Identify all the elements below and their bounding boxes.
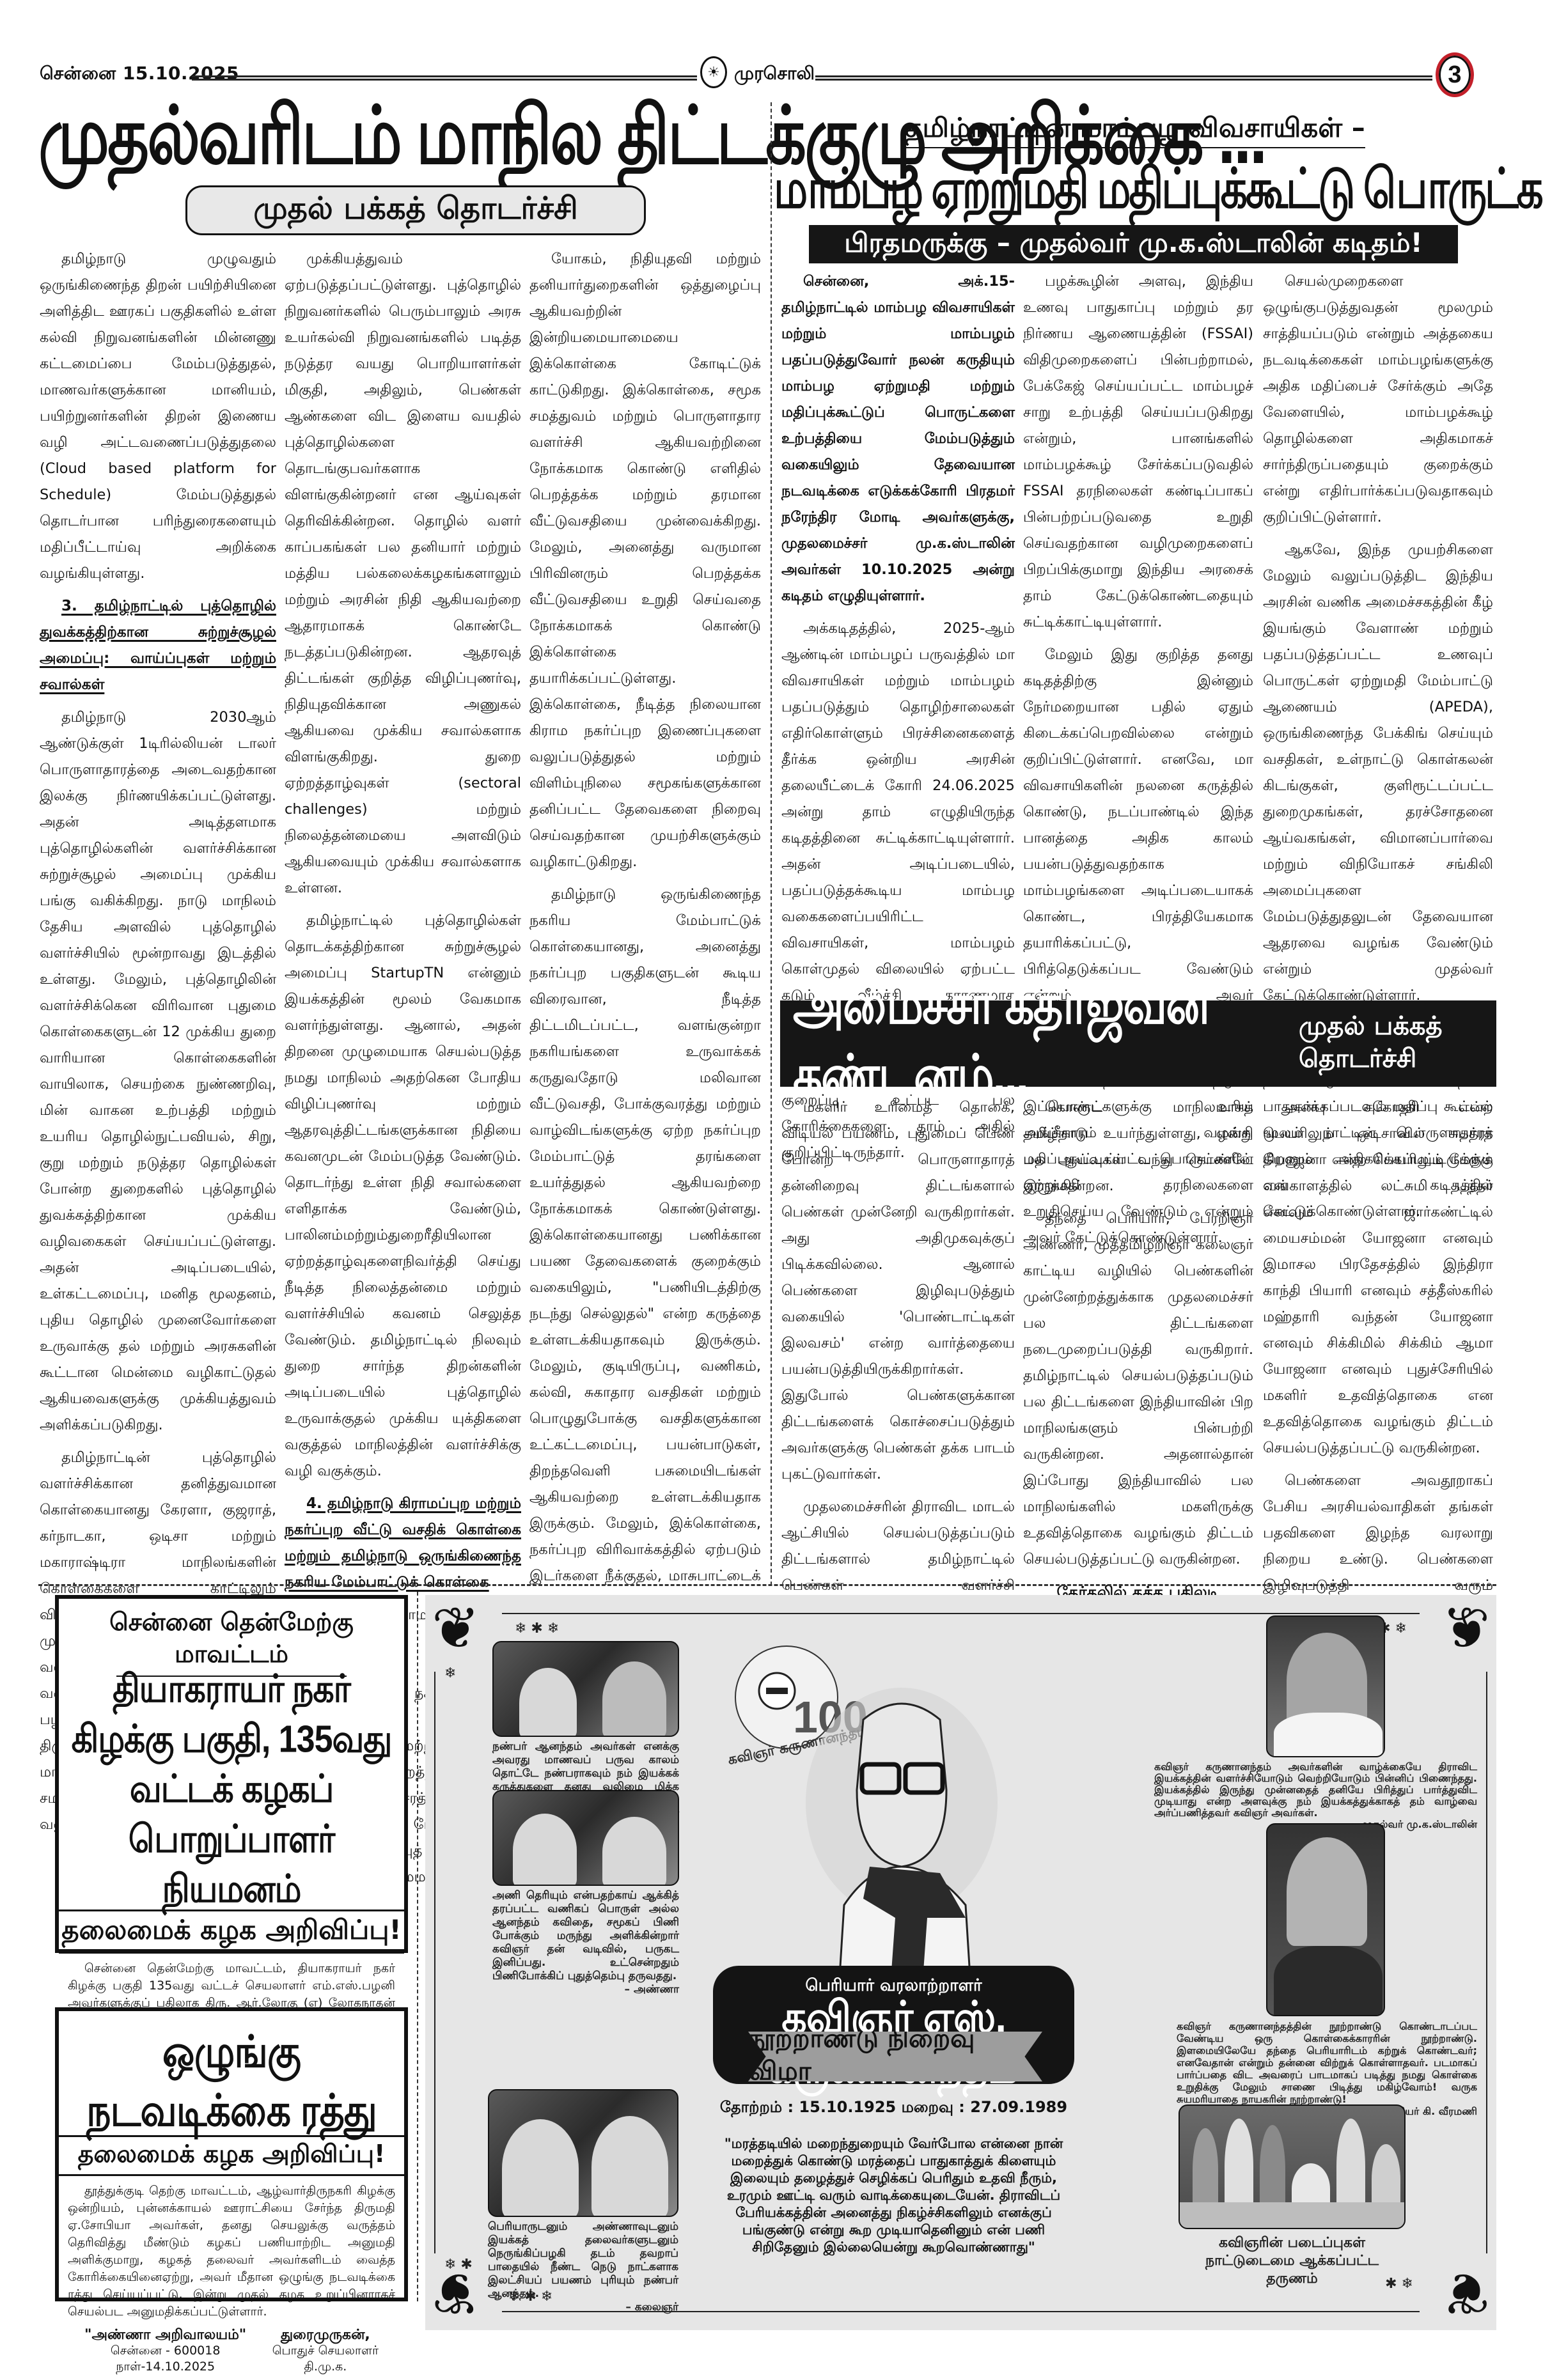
caption-author: – அண்ணா — [492, 1983, 679, 1996]
photo-with-periyar — [492, 1641, 679, 1737]
centenary-ribbon: நூற்றாண்டு நிறைவு விழா — [748, 2032, 1042, 2081]
ornament-border-top — [502, 1613, 1420, 1614]
section-heading: 3. தமிழ்நாட்டில் புத்தொழில் துவக்கத்திற்… — [40, 593, 276, 698]
section-heading: 4. தமிழ்நாடு கிராமப்புற மற்றும் நகர்ப்பு… — [285, 1491, 521, 1596]
snowflake-icon: ❄ ✱ — [444, 2257, 473, 2273]
party: தி.மு.க. — [272, 2359, 379, 2375]
paragraph: மகளிர் உரிமைத் தொகை, விடியல் பயணம், புது… — [781, 1094, 1015, 1488]
notice-signature: "அண்ணா அறிவாலயம்" சென்னை - 600018 நாள்-1… — [59, 2321, 404, 2375]
notice-body: தூத்துக்குடி தெற்கு மாவட்டம், ஆழ்வார்திர… — [59, 2176, 404, 2321]
section-divider — [38, 1584, 1496, 1586]
designation: பொதுச் செயலாளர் — [272, 2343, 379, 2359]
caption-text: கவிஞர் கருணானந்தத்தின் நூற்றாண்டு கொண்டா… — [1177, 2020, 1477, 2105]
life-dates: தோற்றம் : 15.10.1925 மறைவு : 27.09.1989 — [713, 2098, 1074, 2118]
notice-place-block: "அண்ணா அறிவாலயம்" சென்னை - 600018 நாள்-1… — [84, 2327, 246, 2375]
corner-flourish-icon: ❦ — [432, 1600, 480, 1658]
photo-stalin — [1266, 1615, 1385, 1757]
paragraph: ஆகவே, இந்த முயற்சிகளை மேலும் வலுப்படுத்த… — [1263, 537, 1493, 1009]
kicker-text: தமிழ்நாட்டின் மாம்பழ விவசாயிகள் – — [905, 112, 1365, 148]
signatory: துரைமுருகன், — [272, 2327, 379, 2343]
lead-paragraph: சென்னை, அக்.15- தமிழ்நாட்டில் மாம்பழ விவ… — [781, 268, 1015, 609]
ornament-border-left — [434, 1672, 435, 2253]
ornament-border-right — [1486, 1672, 1487, 2253]
photo-with-kalaignar — [488, 2089, 678, 2217]
caption-stalin: கவிஞர் கருணானந்தம் அவர்களின் வாழ்க்கையே … — [1154, 1761, 1477, 1830]
mango-kicker: தமிழ்நாட்டின் மாம்பழ விவசாயிகள் – — [774, 112, 1496, 147]
kavignar-portrait-illustration — [793, 1675, 1010, 2007]
geethajeevan-headline: அமைச்சர் கீதாஜீவன் கண்டனம்... — [793, 973, 1277, 1114]
corner-flourish-icon: ❦ — [1442, 2264, 1490, 2321]
notice-signatory-block: துரைமுருகன், பொதுச் செயலாளர் தி.மு.க. — [272, 2327, 379, 2375]
notice-district: சென்னை தென்மேற்கு மாவட்டம் — [59, 1599, 404, 1672]
corner-flourish-icon: ❦ — [1442, 1600, 1490, 1658]
honoree-quote: "மரத்தடியில் மறைந்துறையும் வேர்போல என்னை… — [713, 2135, 1074, 2256]
paper-name: முரசொலி — [734, 63, 815, 86]
paragraph: தந்தை பெரியார், பேரறிஞர் அண்ணா, முத்தமிழ… — [1023, 1206, 1253, 1573]
notice-announcement: தலைமைக் கழக அறிவிப்பு! — [59, 2135, 404, 2176]
caption-nationalisation: கவிஞரின் படைப்புகள் நாட்டுடைமை ஆக்கப்பட்… — [1179, 2234, 1406, 2288]
caption-veeramani: கவிஞர் கருணானந்தத்தின் நூற்றாண்டு கொண்டா… — [1177, 2020, 1477, 2117]
column-divider — [417, 1592, 418, 2301]
notice-title: ஒழுங்கு நடவடிக்கை ரத்து — [59, 2002, 404, 2140]
notice-disciplinary-revoked: ஒழுங்கு நடவடிக்கை ரத்து தலைமைக் கழக அறிவ… — [55, 2007, 408, 2301]
mango-headline: மாம்பழ ஏற்றுமதி மதிப்புக்கூட்டு பொருட்கள… — [774, 157, 1496, 228]
mango-subhead: பிரதமருக்கு – முதல்வர் மு.க.ஸ்டாலின் கடி… — [809, 225, 1458, 263]
left-article-headline: முதல்வரிடம் மாநில திட்டக்குழு அறிக்கை ..… — [38, 96, 761, 176]
notice-appointment: சென்னை தென்மேற்கு மாவட்டம் தியாகராயர் நக… — [55, 1595, 408, 1953]
paragraph: முக்கியத்துவம் ஏற்படுத்தப்பட்டுள்ளது. பு… — [285, 246, 521, 901]
portrait-icon — [793, 1675, 1010, 2007]
date: நாள்-14.10.2025 — [84, 2359, 246, 2375]
caption-anna: அணி தெரியும் என்பதற்காய் ஆக்கித் தரப்பட்… — [492, 1889, 679, 1996]
snowflake-icon: ❄ — [444, 1665, 456, 1681]
notice-title: தியாகராயர் நகர் கிழக்கு பகுதி, 135வது வட… — [59, 1665, 404, 1915]
city-date: சென்னை 15.10.2025 — [40, 63, 239, 86]
paragraph: செயல்முறைகளை ஒழுங்குபடுத்துவதன் மூலமும் … — [1263, 268, 1493, 531]
paragraph: தமிழ்நாடு முழுவதும் ஒருங்கிணைந்த திறன் ப… — [40, 246, 276, 587]
masthead-rule — [192, 75, 697, 81]
caption-text: கவிஞர் கருணானந்தம் அவர்களின் வாழ்க்கையே … — [1154, 1761, 1477, 1819]
caption-text: அணி தெரியும் என்பதற்காய் ஆக்கித் தரப்பட்… — [492, 1889, 679, 1982]
photo-nationalisation-event — [1179, 2104, 1406, 2229]
rising-sun-logo-icon: ☀ — [700, 56, 727, 88]
masthead-rule — [815, 75, 1432, 81]
city: சென்னை - 600018 — [84, 2343, 246, 2359]
notice-announcement: தலைமைக் கழக அறிவிப்பு! — [59, 1909, 404, 1954]
paragraph: தமிழ்நாட்டில் புத்தொழில்கள் தொடக்கத்திற்… — [285, 908, 521, 1484]
paragraph: யோகம், நிதியுதவி மற்றும் தனியார்துறைகளின… — [529, 246, 761, 875]
geethajeevan-banner: அமைச்சர் கீதாஜீவன் கண்டனம்... முதல் பக்க… — [780, 1000, 1496, 1087]
photo-with-anna — [492, 1790, 679, 1886]
paragraph: தமிழ்நாடு 2030ஆம் ஆண்டுக்குள் 1டிரில்லிய… — [40, 704, 276, 1438]
photo-veeramani — [1266, 1823, 1385, 2016]
paragraph: பழக்கூழின் அளவு, இந்திய உணவு பாதுகாப்பு … — [1023, 268, 1253, 635]
caption-kalaignar: பெரியாருடனும் அண்ணாவுடனும் இயக்கத் தலைவர… — [488, 2220, 678, 2314]
paragraph: அன்பு சகோதரி என்ற பெயரிலும் ஒடிசாவில் சு… — [1263, 1094, 1493, 1461]
place: "அண்ணா அறிவாலயம்" — [84, 2327, 246, 2343]
continued-label: முதல் பக்கத் தொடர்ச்சி — [1299, 1011, 1496, 1077]
paragraph: தூத்துக்குடி தெற்கு மாவட்டம், ஆழ்வார்திர… — [68, 2182, 395, 2321]
column-divider — [771, 102, 772, 1585]
paragraph: கொண்ட மாநிலமாகத் தமிழ்நாடு உயர்ந்துள்ளது… — [1023, 1094, 1253, 1199]
mango-col-3: செயல்முறைகளை ஒழுங்குபடுத்துவதன் மூலமும் … — [1263, 268, 1493, 1231]
snowflake-icon: ❄ ✱ ❄ — [515, 1621, 559, 1637]
caption-text: பெரியாருடனும் அண்ணாவுடனும் இயக்கத் தலைவர… — [488, 2220, 678, 2300]
continued-label: முதல் பக்கத் தொடர்ச்சி — [185, 185, 646, 235]
caption-author: – கலைஞர் — [488, 2301, 678, 2314]
caption-text: கவிஞரின் படைப்புகள் நாட்டுடைமை ஆக்கப்பட்… — [1205, 2235, 1379, 2287]
page-number-badge: 3 — [1436, 52, 1474, 97]
